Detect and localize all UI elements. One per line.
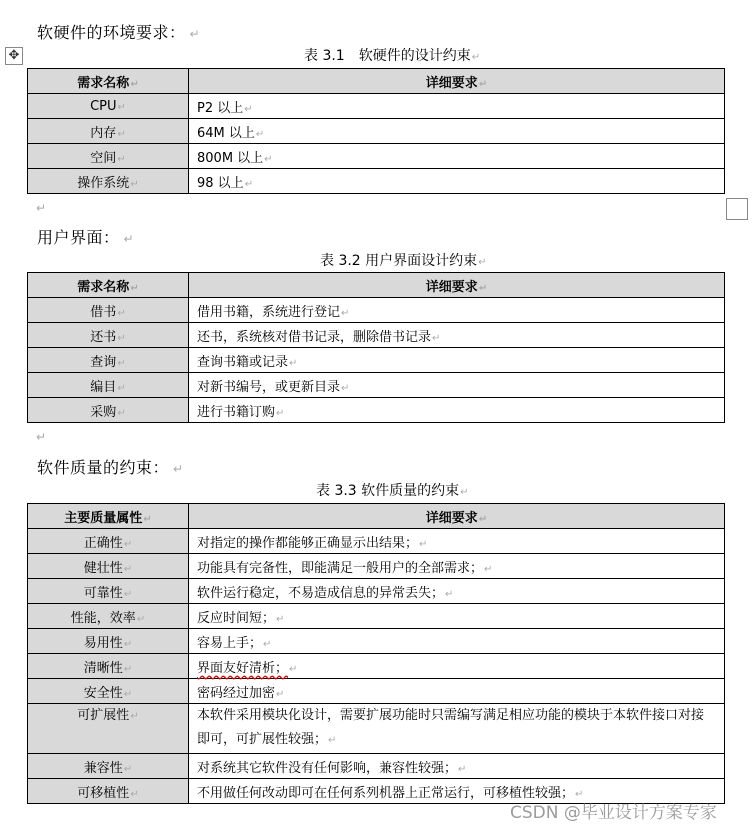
table-row: 正确性↵对指定的操作都能够正确显示出结果；↵ <box>28 529 725 554</box>
table-header-row: 需求名称↵ 详细要求↵ <box>28 273 725 298</box>
requirement-name: 借书↵ <box>28 298 189 323</box>
table-row: 兼容性↵对系统其它软件没有任何影响，兼容性较强；↵ <box>28 754 725 779</box>
quality-detail: 功能具有完备性，即能满足一般用户的全部需求；↵ <box>189 554 725 579</box>
heading-text: 软件质量的约束： <box>37 458 169 477</box>
table-header-row: 主要质量属性↵ 详细要求↵ <box>28 504 725 529</box>
quality-detail: 对指定的操作都能够正确显示出结果；↵ <box>189 529 725 554</box>
watermark: CSDN @毕业设计方案专家 <box>510 798 717 823</box>
table-row: 空间↵800M 以上↵ <box>28 144 725 169</box>
caption-text: 表 3.2 用户界面设计约束 <box>320 253 477 269</box>
requirement-name: 编目↵ <box>28 373 189 398</box>
column-header: 需求名称↵ <box>28 273 189 298</box>
column-header: 详细要求↵ <box>189 69 725 94</box>
requirement-detail: 对新书编号，或更新目录↵ <box>189 373 725 398</box>
table-move-handle-icon[interactable]: ✥ <box>5 47 23 65</box>
requirement-name: 查询↵ <box>28 348 189 373</box>
quality-detail: 反应时间短；↵ <box>189 604 725 629</box>
heading-text: 用户界面： <box>37 228 120 247</box>
table-row: 清晰性↵界面友好清析；↵ <box>28 654 725 679</box>
table-row: 可靠性↵软件运行稳定，不易造成信息的异常丢失；↵ <box>28 579 725 604</box>
table-row: 查询↵查询书籍或记录↵ <box>28 348 725 373</box>
requirement-detail: 查询书籍或记录↵ <box>189 348 725 373</box>
requirement-detail: P2 以上↵ <box>189 94 725 119</box>
table-resize-handle[interactable] <box>726 198 748 220</box>
table-row: 可扩展性↵本软件采用模块化设计，需要扩展功能时只需编写满足相应功能的模块于本软件… <box>28 704 725 754</box>
requirement-name: 空间↵ <box>28 144 189 169</box>
paragraph-mark: ↵ <box>190 27 201 41</box>
empty-paragraph: ↵ <box>36 201 46 215</box>
table-row: 健壮性↵功能具有完备性，即能满足一般用户的全部需求；↵ <box>28 554 725 579</box>
requirement-detail: 800M 以上↵ <box>189 144 725 169</box>
caption-text: 表 3.1 软硬件的设计约束 <box>304 48 471 64</box>
quality-attribute: 可扩展性↵ <box>28 704 189 754</box>
requirement-detail: 64M 以上↵ <box>189 119 725 144</box>
quality-attribute: 安全性↵ <box>28 679 189 704</box>
quality-attribute: 正确性↵ <box>28 529 189 554</box>
table-row: CPU↵P2 以上↵ <box>28 94 725 119</box>
requirement-detail: 借用书籍，系统进行登记↵ <box>189 298 725 323</box>
requirement-detail: 进行书籍订购↵ <box>189 398 725 423</box>
column-header: 详细要求↵ <box>189 504 725 529</box>
quality-attribute: 性能，效率↵ <box>28 604 189 629</box>
quality-detail: 对系统其它软件没有任何影响，兼容性较强；↵ <box>189 754 725 779</box>
table-software-quality-constraints: 主要质量属性↵ 详细要求↵ 正确性↵对指定的操作都能够正确显示出结果；↵ 健壮性… <box>27 503 725 804</box>
table-row: 安全性↵密码经过加密↵ <box>28 679 725 704</box>
paragraph-mark: ↵ <box>173 462 184 476</box>
table-row: 采购↵进行书籍订购↵ <box>28 398 725 423</box>
paragraph-mark: ↵ <box>472 52 480 63</box>
table-hardware-software-constraints: 需求名称↵ 详细要求↵ CPU↵P2 以上↵ 内存↵64M 以上↵ 空间↵800… <box>27 68 725 194</box>
table-row: 性能，效率↵反应时间短；↵ <box>28 604 725 629</box>
requirement-name: 内存↵ <box>28 119 189 144</box>
requirement-name: 操作系统↵ <box>28 169 189 194</box>
paragraph-mark: ↵ <box>478 257 486 268</box>
empty-paragraph: ↵ <box>36 430 46 444</box>
table-row: 还书↵还书，系统核对借书记录，删除借书记录↵ <box>28 323 725 348</box>
table-header-row: 需求名称↵ 详细要求↵ <box>28 69 725 94</box>
table-row: 内存↵64M 以上↵ <box>28 119 725 144</box>
quality-detail: 界面友好清析；↵ <box>189 654 725 679</box>
requirement-detail: 还书，系统核对借书记录，删除借书记录↵ <box>189 323 725 348</box>
column-header: 主要质量属性↵ <box>28 504 189 529</box>
section-heading-environment: 软硬件的环境要求：↵ <box>37 20 200 43</box>
section-heading-user-interface: 用户界面：↵ <box>37 225 134 248</box>
requirement-name: 采购↵ <box>28 398 189 423</box>
paragraph-mark: ↵ <box>460 487 468 498</box>
table-row: 操作系统↵98 以上↵ <box>28 169 725 194</box>
quality-detail: 密码经过加密↵ <box>189 679 725 704</box>
caption-text: 表 3.3 软件质量的约束 <box>316 483 459 499</box>
quality-attribute: 清晰性↵ <box>28 654 189 679</box>
column-header: 详细要求↵ <box>189 273 725 298</box>
requirement-name: CPU↵ <box>28 94 189 119</box>
quality-attribute: 兼容性↵ <box>28 754 189 779</box>
requirement-detail: 98 以上↵ <box>189 169 725 194</box>
table-user-interface-constraints: 需求名称↵ 详细要求↵ 借书↵借用书籍，系统进行登记↵ 还书↵还书，系统核对借书… <box>27 272 725 423</box>
table-row: 借书↵借用书籍，系统进行登记↵ <box>28 298 725 323</box>
quality-attribute: 易用性↵ <box>28 629 189 654</box>
quality-attribute: 可靠性↵ <box>28 579 189 604</box>
table-row: 编目↵对新书编号，或更新目录↵ <box>28 373 725 398</box>
quality-attribute: 健壮性↵ <box>28 554 189 579</box>
table-row: 易用性↵容易上手；↵ <box>28 629 725 654</box>
spellcheck-underline[interactable]: 界面友好清析； <box>197 661 288 676</box>
section-heading-software-quality: 软件质量的约束：↵ <box>37 455 184 478</box>
column-header: 需求名称↵ <box>28 69 189 94</box>
heading-text: 软硬件的环境要求： <box>37 23 186 42</box>
quality-detail: 本软件采用模块化设计，需要扩展功能时只需编写满足相应功能的模块于本软件接口对接即… <box>189 704 725 754</box>
quality-detail: 容易上手；↵ <box>189 629 725 654</box>
paragraph-mark: ↵ <box>124 232 135 246</box>
requirement-name: 还书↵ <box>28 323 189 348</box>
quality-attribute: 可移植性↵ <box>28 779 189 804</box>
quality-detail: 软件运行稳定，不易造成信息的异常丢失；↵ <box>189 579 725 604</box>
